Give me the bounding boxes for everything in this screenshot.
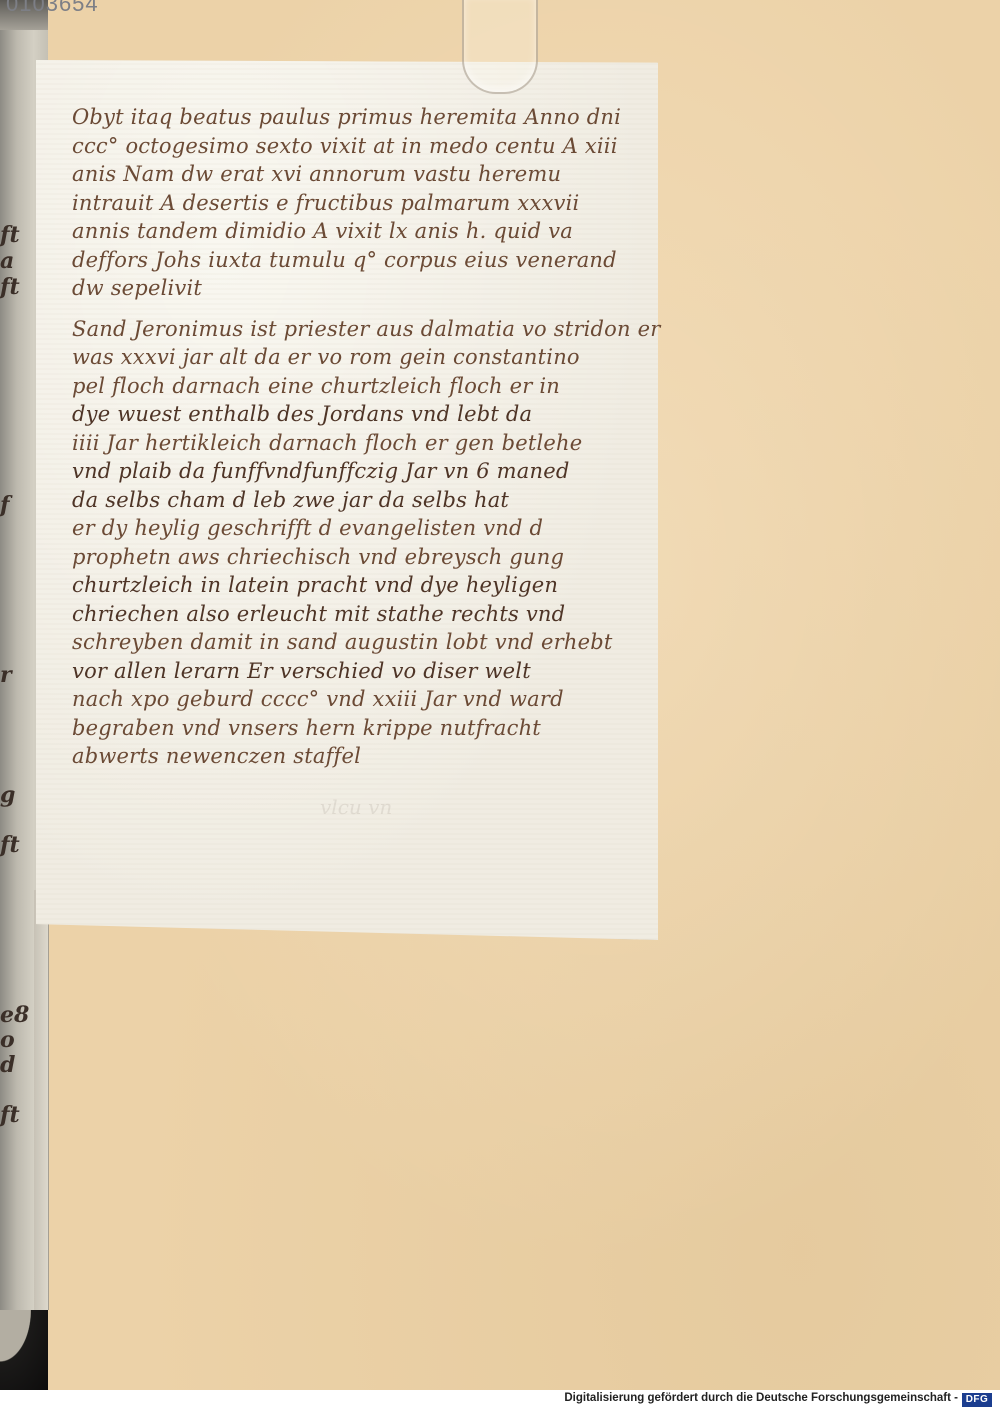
text-line: schreyben damit in sand augustin lobt vn… [72, 628, 662, 657]
reference-number: 0103654 [6, 0, 99, 17]
spine-bottom-shadow [0, 1310, 48, 1390]
funding-credit: Digitalisierung gefördert durch die Deut… [564, 1392, 958, 1404]
text-line: pel floch darnach eine churtzleich floch… [72, 372, 662, 401]
footer-bar: Digitalisierung gefördert durch die Deut… [0, 1390, 1000, 1411]
spine-mark: g [0, 782, 15, 808]
text-line: nach xpo geburd cccc° vnd xxiii Jar vnd … [72, 685, 662, 714]
text-line: anis Nam dw erat xvi annorum vastu herem… [72, 160, 662, 189]
text-line: begraben vnd vnsers hern krippe nutfrach… [72, 714, 662, 743]
paragraph-paul: Obyt itaq beatus paulus primus heremita … [72, 103, 662, 303]
spine-marginalia: ft a ft f r g ft e8 o d ft [0, 222, 36, 1222]
text-line: was xxxvi jar alt da er vo rom gein cons… [72, 343, 662, 372]
paragraph-jerome: Sand Jeronimus ist priester aus dalmatia… [72, 315, 662, 771]
text-line: intrauit A desertis e fructibus palmarum… [72, 189, 662, 218]
text-line: da selbs cham d leb zwe jar da selbs hat [72, 486, 662, 515]
text-line: churtzleich in latein pracht vnd dye hey… [72, 571, 662, 600]
spine-mark: e8 [0, 1002, 29, 1028]
spine-mark: d [0, 1052, 15, 1078]
text-line: chriechen also erleucht mit stathe recht… [72, 600, 662, 629]
dfg-logo: DFG [962, 1393, 992, 1407]
text-line: abwerts newenczen staffel [72, 742, 662, 771]
text-line: er dy heylig geschrifft d evangelisten v… [72, 514, 662, 543]
spine-mark: ft [0, 222, 20, 248]
text-line: prophetn aws chriechisch vnd ebreysch gu… [72, 543, 662, 572]
paragraph-gap [72, 303, 662, 315]
spine-mark: ft [0, 832, 20, 858]
spine-mark: f [0, 492, 9, 518]
manuscript-text: Obyt itaq beatus paulus primus heremita … [72, 103, 662, 771]
text-line: vor allen lerarn Er verschied vo diser w… [72, 657, 662, 686]
spine-mark: ft [0, 1102, 20, 1128]
text-line: dw sepelivit [72, 274, 662, 303]
text-line: annis tandem dimidio A vixit lx anis h. … [72, 217, 662, 246]
spine-mark: a [0, 248, 14, 274]
text-line: Sand Jeronimus ist priester aus dalmatia… [72, 315, 662, 344]
spine-mark: r [0, 662, 12, 688]
bleed-through-text: vlcu vn [320, 795, 392, 819]
text-line: dye wuest enthalb des Jordans vnd lebt d… [72, 400, 662, 429]
spine-mark: o [0, 1027, 15, 1053]
text-line: ccc° octogesimo sexto vixit at in medo c… [72, 132, 662, 161]
text-line: iiii Jar hertikleich darnach floch er ge… [72, 429, 662, 458]
underlying-leaf-edge [34, 890, 49, 1310]
spine-mark: ft [0, 274, 20, 300]
manuscript-scan: ft a ft f r g ft e8 o d ft 0103654 Obyt … [0, 0, 1000, 1390]
text-line: vnd plaib da funffvndfunffczig Jar vn 6 … [72, 457, 662, 486]
transparent-clip [462, 0, 538, 94]
text-line: deffors Johs iuxta tumulu q° corpus eius… [72, 246, 662, 275]
text-line: Obyt itaq beatus paulus primus heremita … [72, 103, 662, 132]
